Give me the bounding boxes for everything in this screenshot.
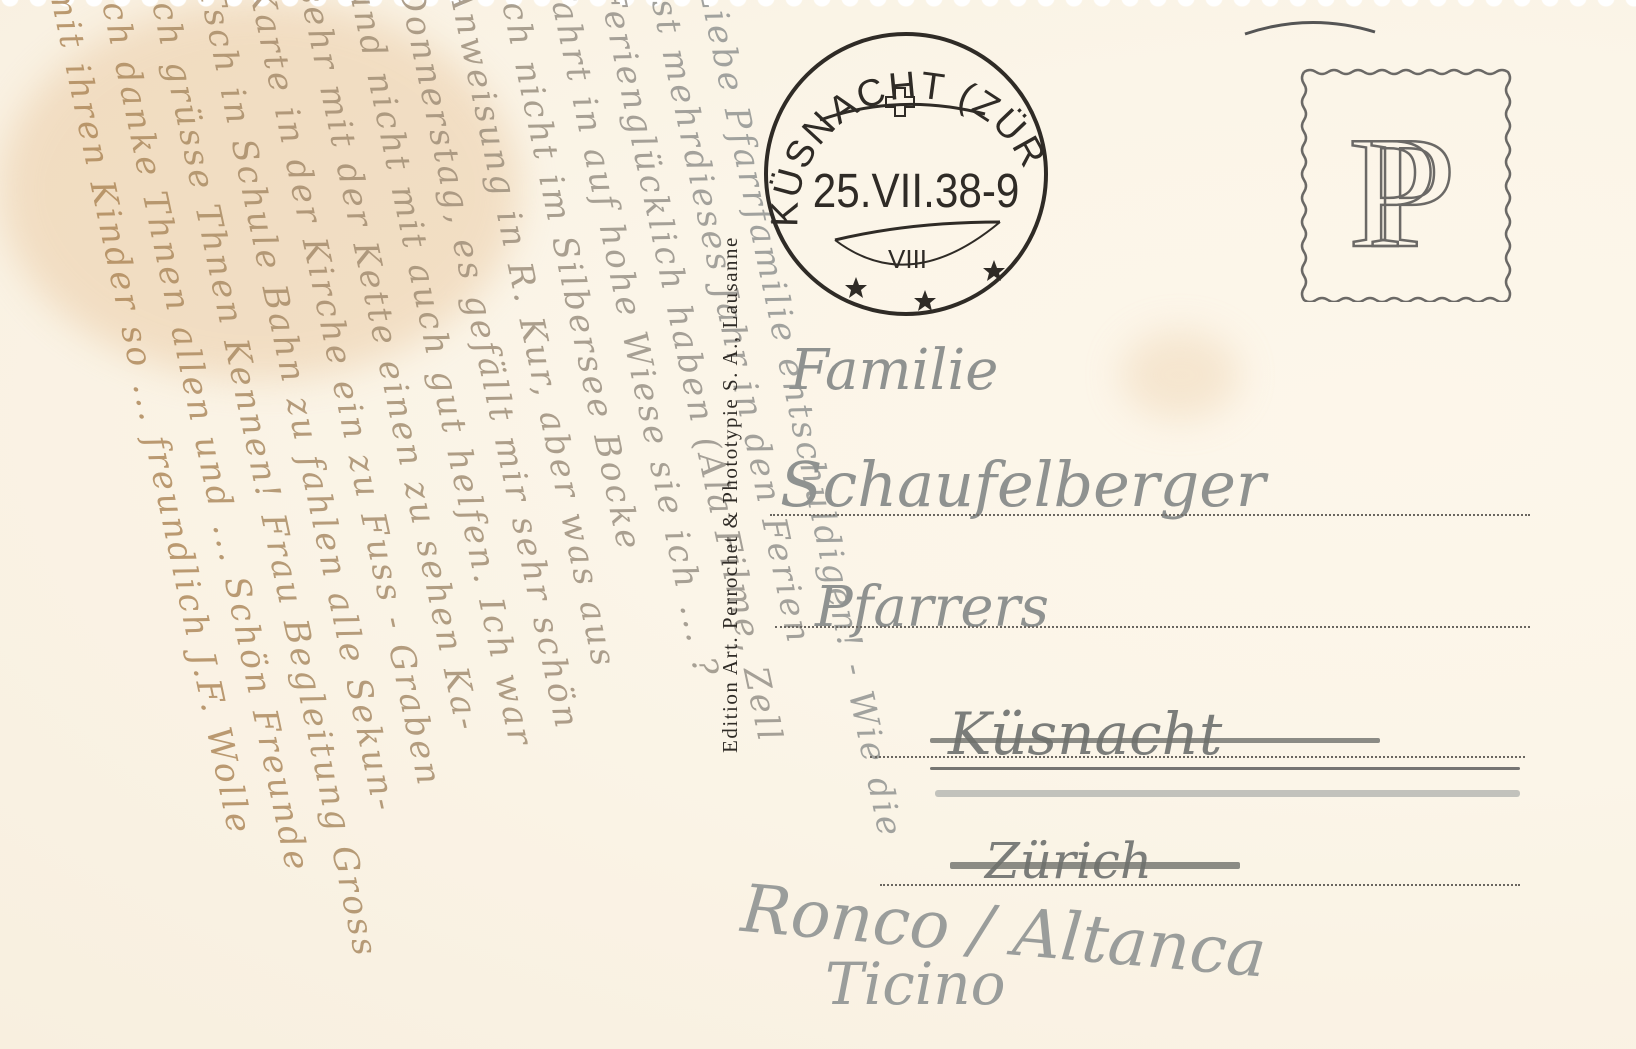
address-line-5-struck: Zürich (985, 832, 1152, 890)
address-dotted-line (770, 514, 1530, 516)
handwritten-message: Liebe Pfarrfamilie entschuldigen! - Wie … (0, 0, 730, 1049)
postmark: KÜSNACHT (ZÜRICH) 25.VII.38-9 VIII (760, 22, 1052, 322)
address-line-1: Familie (790, 338, 998, 403)
forwarding-address-line-2: Ticino (825, 950, 1006, 1018)
strikethrough (950, 862, 1240, 869)
strikethrough (935, 790, 1520, 797)
paper-stain (1120, 330, 1240, 420)
pp-monogram: PP (1348, 103, 1450, 281)
strikethrough (930, 767, 1520, 770)
publisher-imprint: Edition Art. Perrochet & Phototypie S. A… (718, 130, 758, 860)
pp-franking-stamp: PP (1298, 66, 1512, 302)
strikethrough (930, 738, 1380, 743)
postmark-sub: VIII (888, 244, 927, 274)
address-dotted-line (870, 756, 1525, 758)
postmark-fragment (1240, 14, 1380, 40)
postmark-date: 25.VII.38-9 (813, 163, 1020, 217)
postcard: Liebe Pfarrfamilie entschuldigen! - Wie … (0, 0, 1636, 1049)
address-line-3: Pfarrers (815, 575, 1049, 640)
address-dotted-line (880, 884, 1520, 886)
address-dotted-line (775, 626, 1530, 628)
address-line-2: Schaufelberger (780, 448, 1266, 521)
